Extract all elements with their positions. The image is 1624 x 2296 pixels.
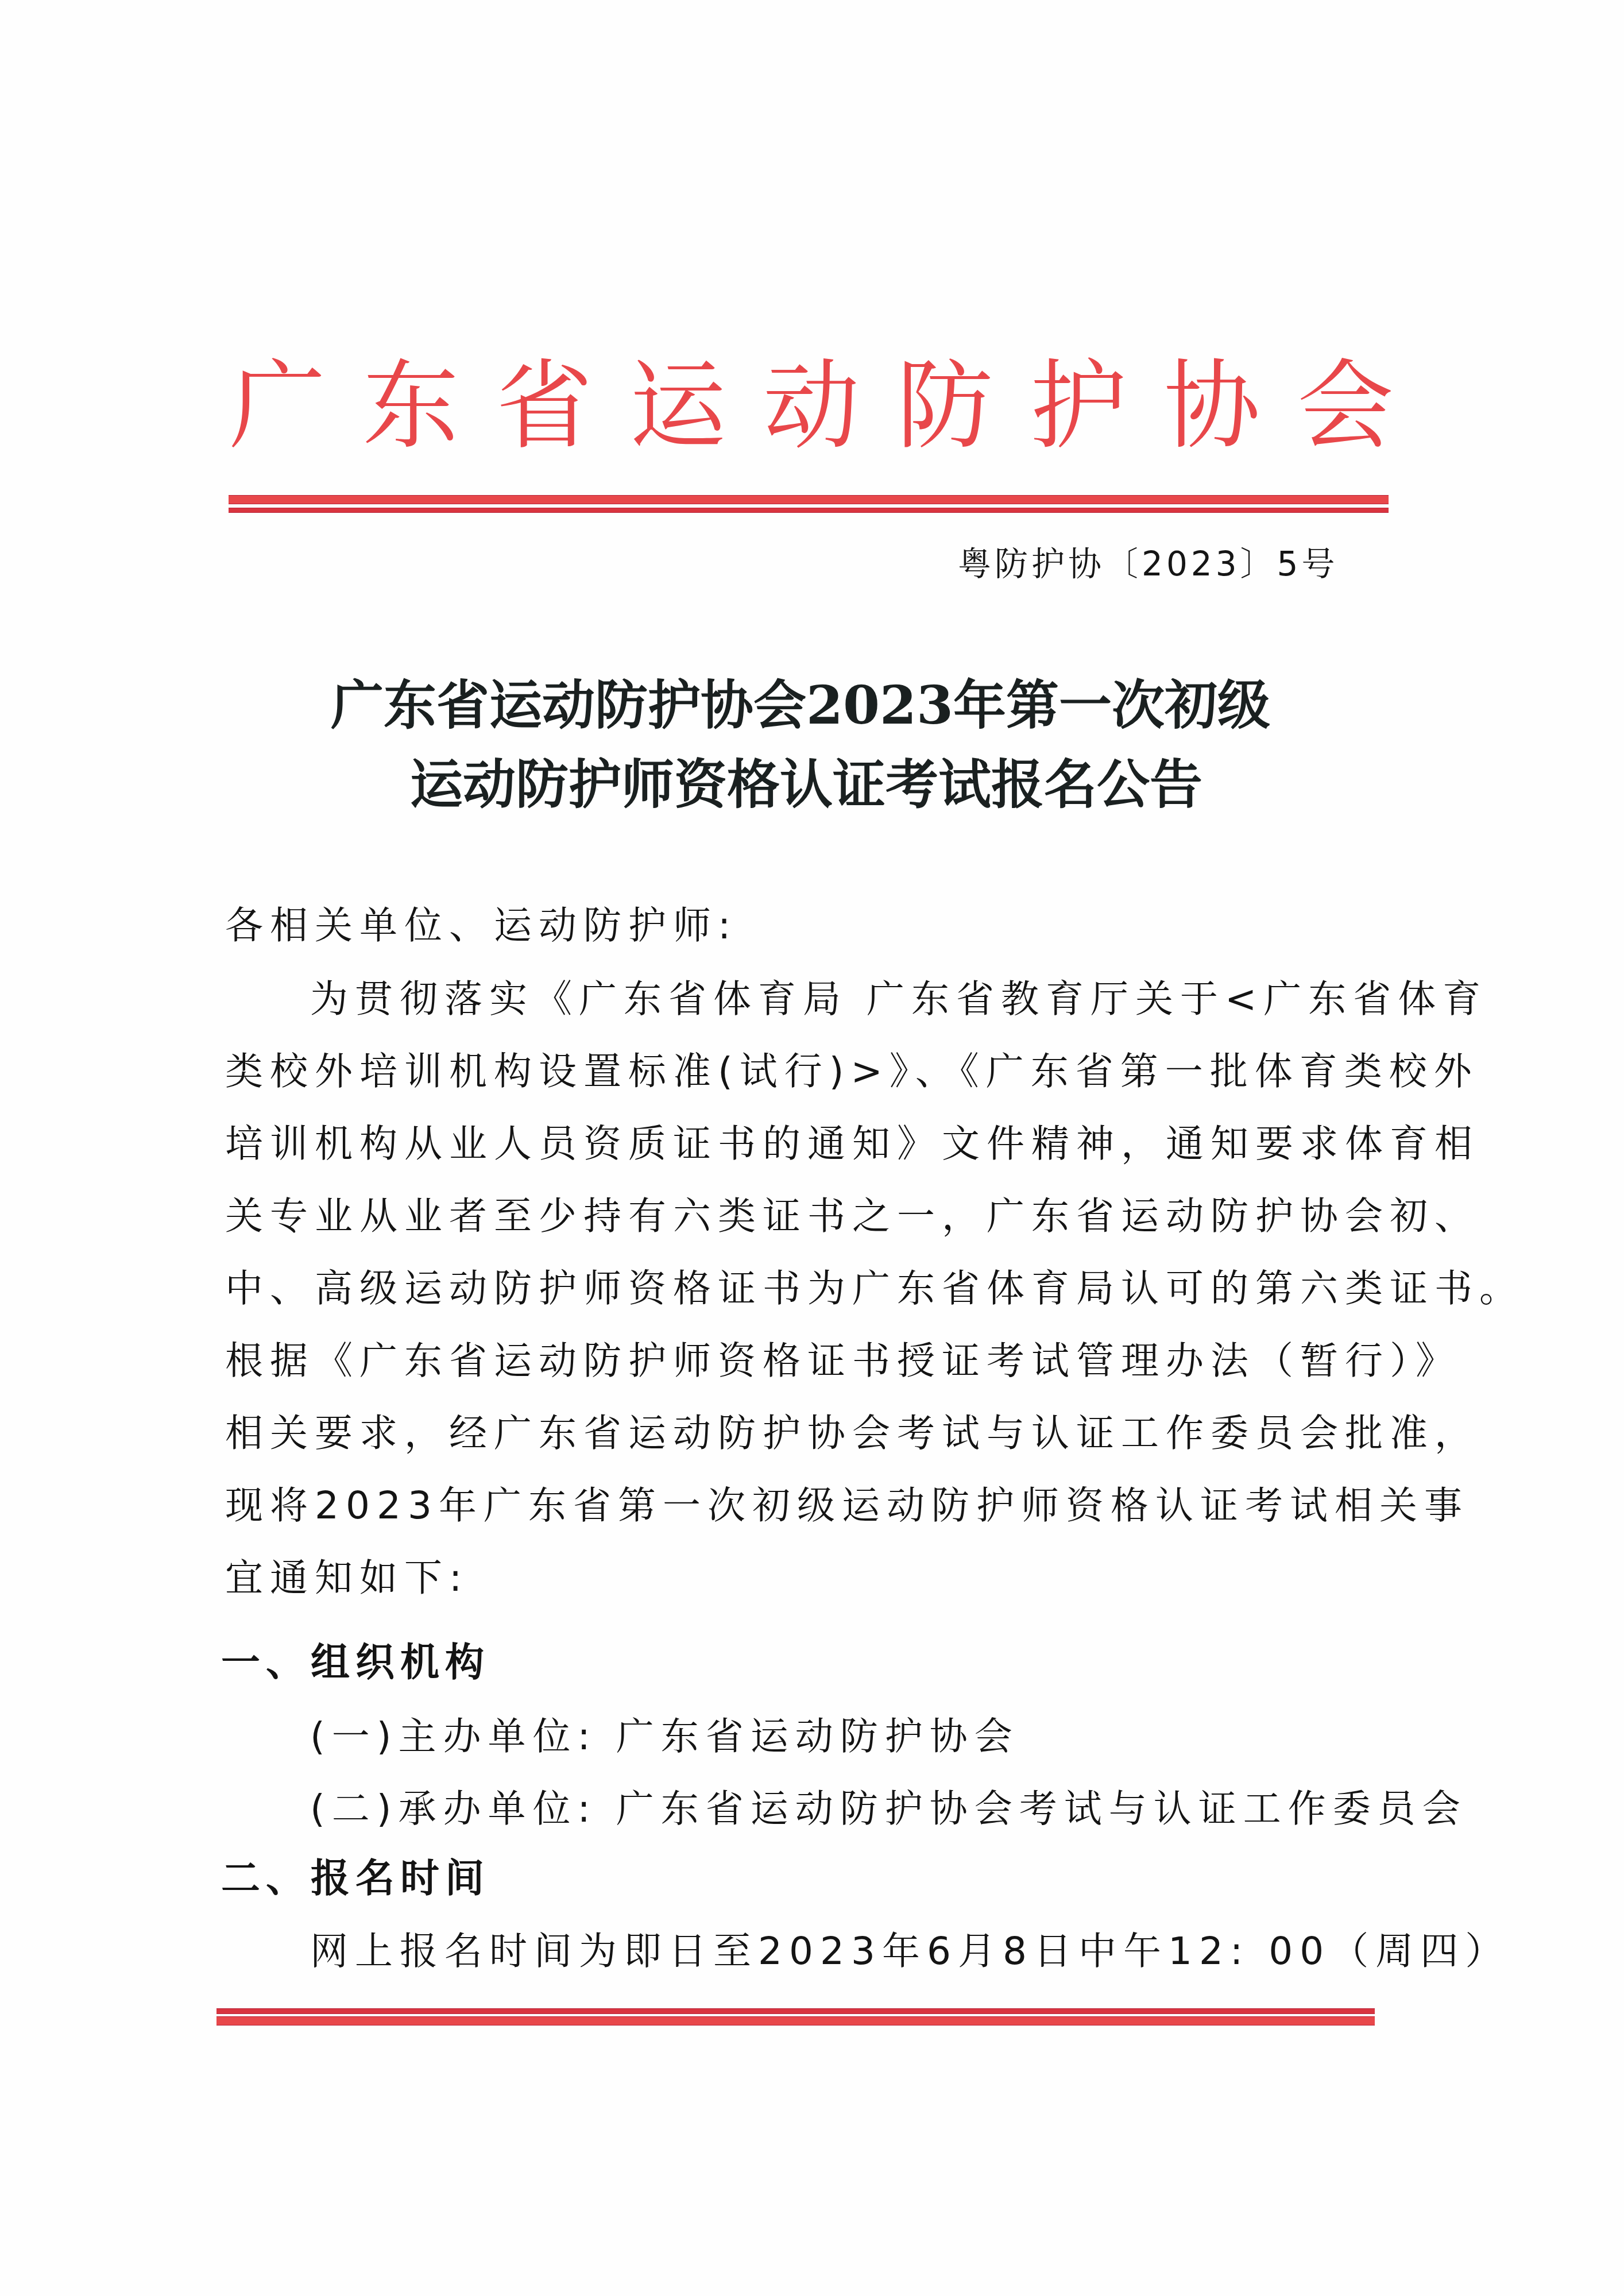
paragraph-line: 培训机构从业人员资质证书的通知》文件精神，通知要求体育相 — [225, 1118, 1385, 1170]
masthead-char: 护 — [1030, 351, 1127, 461]
salutation: 各相关单位、运动防护师: — [225, 899, 1385, 952]
masthead-char: 动 — [763, 351, 860, 461]
document-number: 粤防护协〔2023〕5号 — [958, 542, 1339, 586]
footer-divider-thick — [216, 2016, 1375, 2026]
masthead-org-name: 广 东 省 运 动 防 护 协 会 — [229, 351, 1394, 461]
paragraph-line: 根据《广东省运动防护师资格证书授证考试管理办法（暂行）》 — [225, 1335, 1385, 1387]
paragraph-line: 中、高级运动防护师资格证书为广东省体育局认可的第六类证书。 — [225, 1262, 1385, 1315]
masthead-char: 协 — [1163, 351, 1261, 461]
section-heading-registration-time: 二、报名时间 — [221, 1853, 1381, 1905]
masthead-char: 东 — [362, 351, 460, 461]
masthead-char: 广 — [229, 351, 326, 461]
paragraph-line: 关专业从业者至少持有六类证书之一，广东省运动防护协会初、 — [225, 1190, 1385, 1243]
document-title-line-1: 广东省运动防护协会2023年第一次初级 — [0, 671, 1624, 740]
masthead-divider-thick — [229, 495, 1389, 504]
paragraph-line: 为贯彻落实《广东省体育局 广东省教育厅关于<广东省体育 — [310, 973, 1470, 1026]
paragraph-line: 相关要求，经广东省运动防护协会考试与认证工作委员会批准， — [225, 1407, 1385, 1460]
paragraph-line: 宜通知如下: — [225, 1552, 1385, 1605]
section-heading-organization: 一、组织机构 — [221, 1637, 1381, 1690]
masthead-divider-thin — [229, 508, 1389, 513]
paragraph-line: 类校外培训机构设置标准(试行)>》、《广东省第一批体育类校外 — [225, 1045, 1385, 1098]
document-page: 广 东 省 运 动 防 护 协 会 粤防护协〔2023〕5号 广东省运动防护协会… — [0, 0, 1624, 2296]
paragraph-line: 现将2023年广东省第一次初级运动防护师资格认证考试相关事 — [225, 1479, 1385, 1532]
masthead-char: 会 — [1297, 351, 1394, 461]
section-item-host: (一)主办单位: 广东省运动防护协会 — [310, 1710, 1470, 1763]
section-item-organizer: (二)承办单位: 广东省运动防护协会考试与认证工作委员会 — [310, 1783, 1470, 1835]
document-title-line-2: 运动防护师资格认证考试报名公告 — [0, 750, 1624, 819]
masthead-char: 防 — [896, 351, 994, 461]
masthead-char: 省 — [496, 351, 593, 461]
footer-divider-thin — [216, 2008, 1375, 2014]
masthead-char: 运 — [629, 351, 727, 461]
registration-time-text: 网上报名时间为即日至2023年6月8日中午12: 00（周四） — [310, 1925, 1470, 1978]
